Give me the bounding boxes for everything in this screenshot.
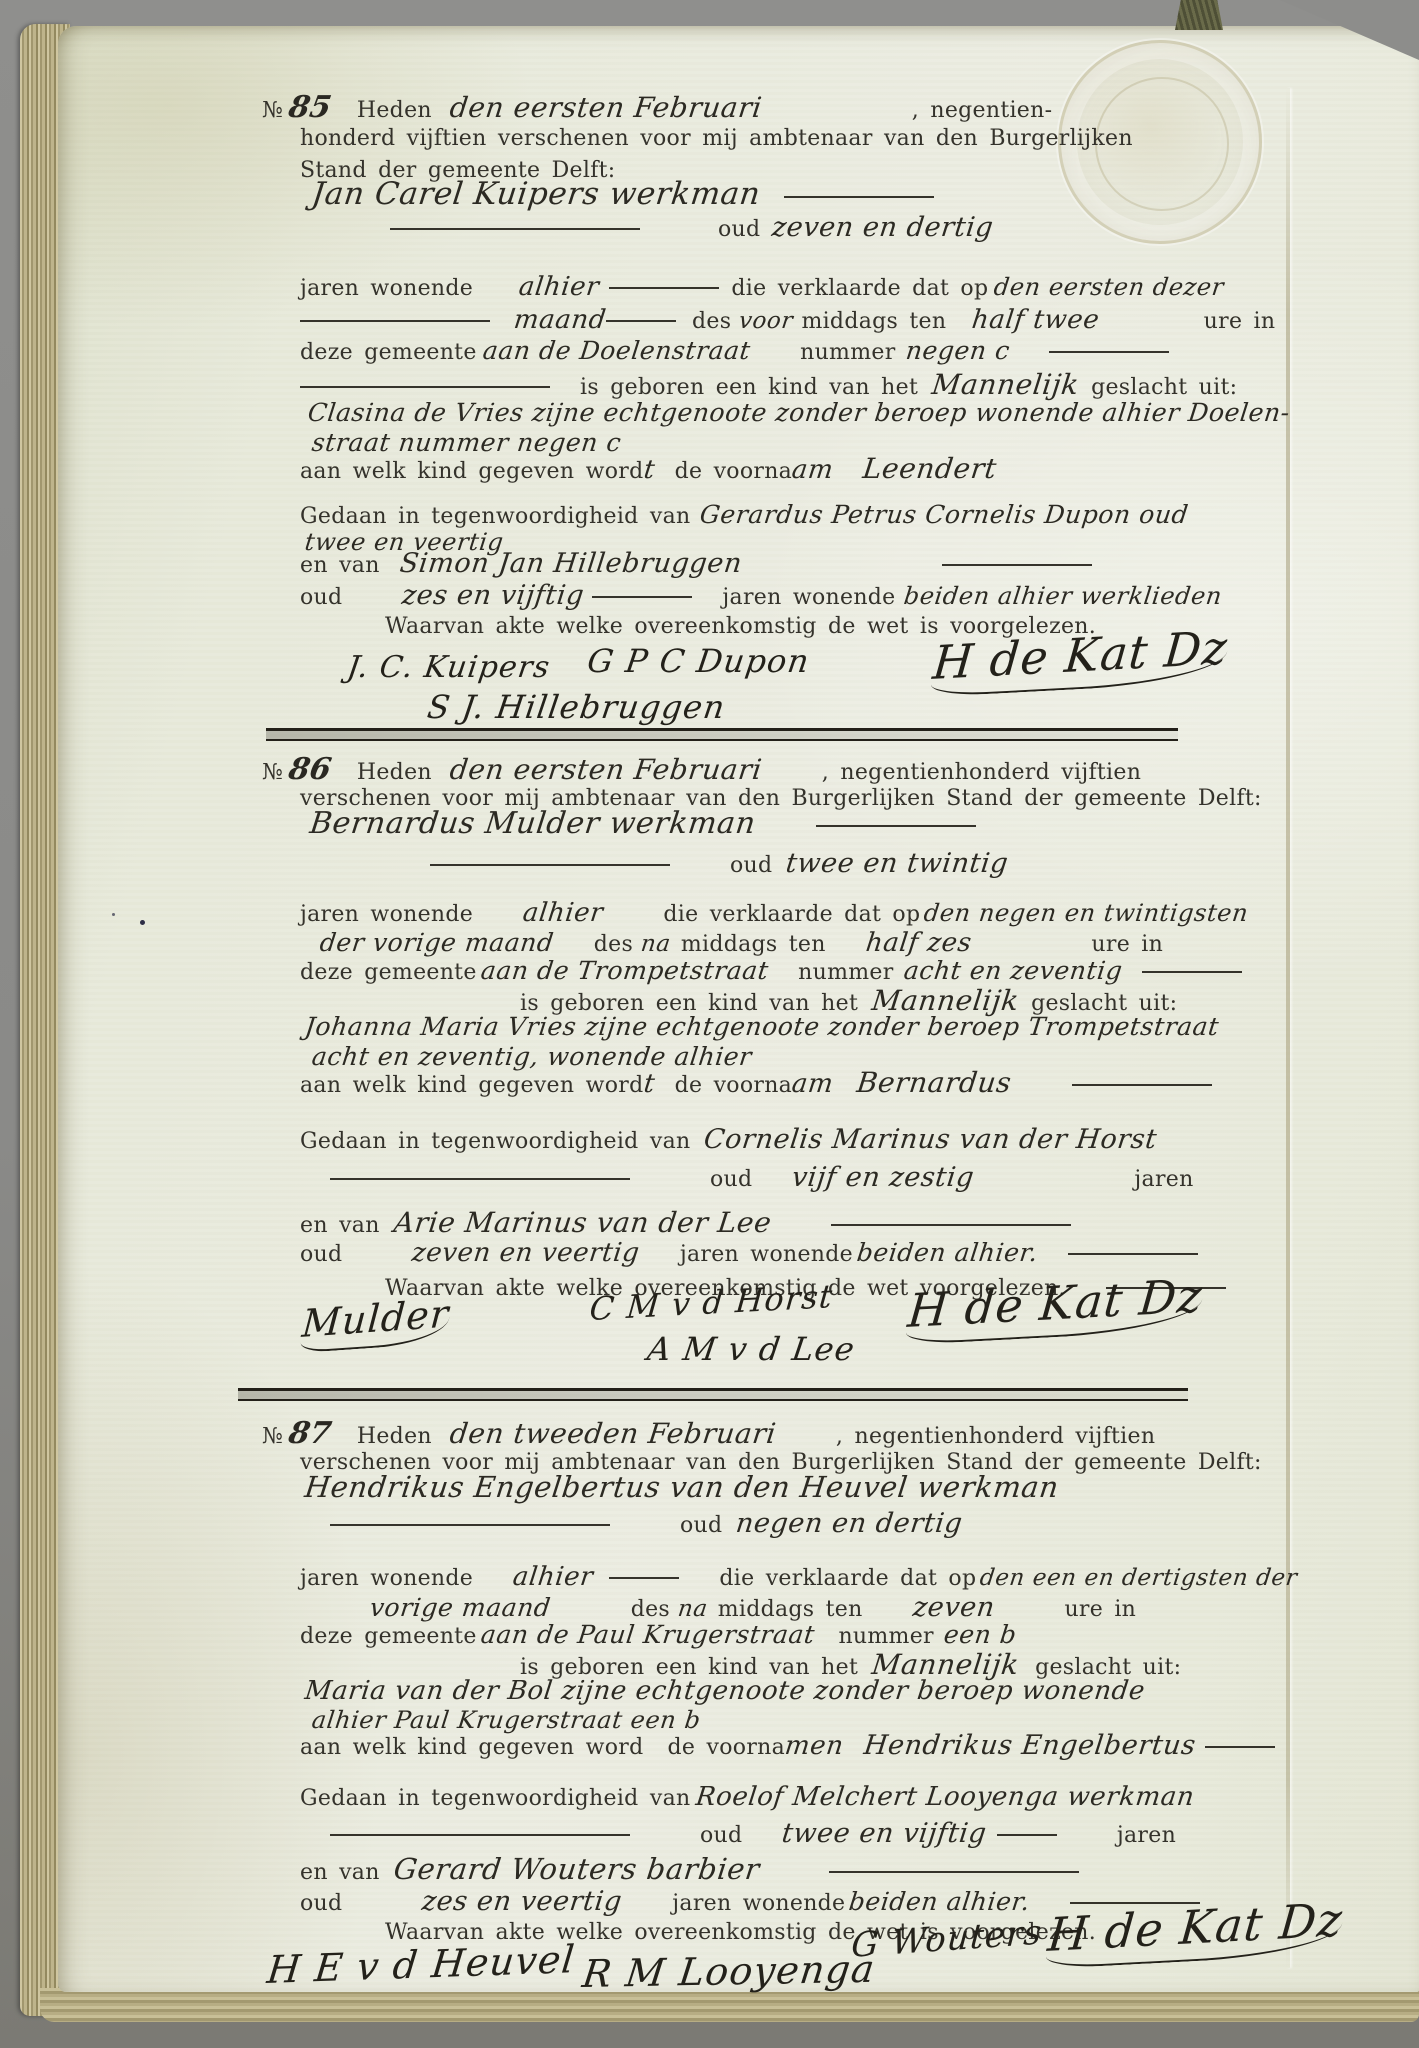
handwritten-text: Bernardus bbox=[855, 1066, 1013, 1099]
entry-87-line: oudnegen en dertig bbox=[330, 1508, 963, 1539]
printed-text: nummer bbox=[798, 960, 893, 985]
entry-85-line: Gedaan in tegenwoordigheid vanGerardus P… bbox=[300, 500, 1189, 529]
blank-rule bbox=[592, 596, 692, 598]
entry-86-line: Gedaan in tegenwoordigheid vanCornelis M… bbox=[300, 1124, 1157, 1155]
printed-text: die verklaarde dat op bbox=[663, 902, 920, 927]
printed-text: aan welk kind gegeven word bbox=[300, 459, 644, 484]
printed-text: № bbox=[262, 98, 283, 123]
blank-rule bbox=[829, 1871, 1079, 1873]
entry-86-line: Bernardus Mulder werkman bbox=[310, 806, 976, 841]
printed-text: en van bbox=[300, 553, 380, 578]
printed-text: middags ten bbox=[681, 932, 826, 957]
printed-text: , negentienhonderd vijftien bbox=[822, 760, 1141, 785]
blank-rule bbox=[1068, 1253, 1198, 1255]
entry-85-line: deze gemeenteaan de Doelenstraatnummerne… bbox=[300, 336, 1169, 365]
printed-text: Heden bbox=[357, 1424, 432, 1449]
entry-86-line: deze gemeenteaan de Trompetstraatnummera… bbox=[300, 956, 1242, 985]
handwritten-text: na bbox=[639, 931, 672, 957]
handwritten-text: der vorige maand bbox=[318, 928, 555, 957]
handwritten-text: half zes bbox=[864, 928, 973, 958]
blank-rule bbox=[784, 196, 934, 198]
handwritten-text: Gerardus Petrus Cornelis Dupon oud bbox=[699, 500, 1191, 529]
entry-87-line: №87Hedenden tweeden Februari, negentienh… bbox=[262, 1416, 1155, 1451]
entry-87-line: aan welk kind gegeven wordde voornamenHe… bbox=[300, 1730, 1275, 1761]
handwritten-text: den een en dertigsten der bbox=[979, 1565, 1300, 1591]
handwritten-text: na bbox=[676, 1596, 709, 1622]
entry-separator-rule bbox=[238, 1388, 1188, 1401]
printed-text: № bbox=[262, 1424, 283, 1449]
printed-text: des bbox=[594, 932, 633, 957]
handwritten-text: den tweeden Februari bbox=[448, 1417, 778, 1450]
blank-rule bbox=[430, 864, 670, 866]
handwritten-text: zeven en dertig bbox=[771, 212, 996, 243]
entry-86-line: der vorige maanddesnamiddags tenhalf zes… bbox=[320, 928, 1163, 958]
handwritten-text: Maria van der Bol zijne echtgenoote zond… bbox=[303, 1676, 1147, 1706]
ink-spot bbox=[112, 913, 115, 916]
blank-rule bbox=[1072, 1084, 1212, 1086]
printed-text: jaren wonende bbox=[300, 276, 473, 301]
entry-86-line: №86Hedenden eersten Februari, negentienh… bbox=[262, 752, 1141, 787]
handwritten-text: alhier bbox=[521, 898, 605, 928]
entry-separator-rule bbox=[266, 728, 1178, 741]
printed-text: geslacht uit: bbox=[1091, 375, 1237, 400]
entry-85-line: is geboren een kind van hetMannelijkgesl… bbox=[300, 368, 1237, 401]
entry-85-line: aan welk kind gegeven wordtde voornaamLe… bbox=[300, 452, 997, 485]
printed-text: oud bbox=[300, 1242, 342, 1267]
entry-number: 87 bbox=[286, 1416, 334, 1451]
printed-text: oud bbox=[300, 1891, 342, 1916]
blank-rule bbox=[942, 564, 1092, 566]
handwritten-text: zes en vijftig bbox=[401, 580, 587, 611]
handwritten-text: zeven en veertig bbox=[411, 1238, 642, 1268]
handwritten-text: zes en veertig bbox=[421, 1886, 625, 1917]
printed-text: Heden bbox=[357, 760, 432, 785]
entry-85-line: honderd vijftien verschenen voor mij amb… bbox=[300, 126, 1133, 151]
handwritten-text: zeven bbox=[911, 1592, 997, 1623]
handwritten-text: Jan Carel Kuipers werkman bbox=[310, 176, 763, 212]
handwritten-text: Hendrikus Engelbertus van den Heuvel wer… bbox=[303, 1470, 1061, 1504]
printed-text: de voorna bbox=[675, 1073, 793, 1098]
handwritten-text: am bbox=[790, 1069, 835, 1099]
printed-text: Gedaan in tegenwoordigheid van bbox=[300, 1786, 690, 1811]
printed-text: Gedaan in tegenwoordigheid van bbox=[300, 1129, 690, 1154]
handwritten-text: half twee bbox=[970, 305, 1101, 335]
handwritten-text: voor bbox=[738, 308, 795, 334]
printed-text: deze gemeente bbox=[300, 340, 477, 365]
printed-text: jaren wonende bbox=[680, 1242, 853, 1267]
entry-86-line: Johanna Maria Vries zijne echtgenoote zo… bbox=[305, 1012, 1219, 1041]
entry-87-line: vorige maanddesnamiddags tenzevenure in bbox=[370, 1592, 1136, 1623]
printed-text: nummer bbox=[800, 340, 895, 365]
handwritten-text: Johanna Maria Vries zijne echtgenoote zo… bbox=[303, 1012, 1221, 1041]
handwritten-text: vorige maand bbox=[368, 1593, 552, 1622]
entry-86-line: oudtwee en twintig bbox=[430, 848, 1009, 879]
handwritten-text: men bbox=[783, 1731, 845, 1761]
handwritten-text: den eersten Februari bbox=[448, 91, 764, 124]
printed-text: en van bbox=[300, 1860, 380, 1885]
blank-rule bbox=[816, 825, 976, 827]
entry-85-line: Jan Carel Kuipers werkman bbox=[312, 176, 934, 212]
entry-86-line: oudzeven en veertigjaren wonendebeiden a… bbox=[300, 1238, 1198, 1268]
printed-text: de voorna bbox=[668, 1735, 786, 1760]
handwritten-text: Gerard Wouters barbier bbox=[392, 1852, 762, 1886]
printed-text: oud bbox=[300, 585, 342, 610]
printed-text: ure in bbox=[1064, 1597, 1136, 1622]
blank-rule bbox=[1049, 351, 1169, 353]
printed-text: ure in bbox=[1091, 932, 1163, 957]
handwritten-text: beiden alhier werklieden bbox=[902, 582, 1224, 610]
handwritten-text: maand bbox=[512, 305, 608, 335]
handwritten-text: aan de Doelenstraat bbox=[481, 336, 752, 365]
handwritten-text: negen en dertig bbox=[735, 1508, 965, 1539]
handwritten-text: den negen en twintigsten bbox=[923, 899, 1251, 927]
handwritten-text: Simon Jan Hillebruggen bbox=[398, 548, 744, 579]
entry-85-line: en vanSimon Jan Hillebruggen bbox=[300, 548, 1092, 579]
handwritten-text: Arie Marinus van der Lee bbox=[392, 1206, 773, 1239]
handwritten-text: alhier bbox=[511, 1562, 595, 1592]
handwritten-text: aan de Trompetstraat bbox=[479, 956, 770, 985]
handwritten-text: beiden alhier. bbox=[855, 1238, 1040, 1267]
entry-87-line: deze gemeenteaan de Paul Krugerstraatnum… bbox=[300, 1620, 1017, 1649]
blank-rule bbox=[831, 1224, 1071, 1226]
entry-87-line: jaren wonendealhierdie verklaarde dat op… bbox=[300, 1562, 1298, 1592]
handwritten-text: twee en vijftig bbox=[781, 1818, 989, 1849]
printed-text: aan welk kind gegeven word bbox=[300, 1735, 644, 1760]
entry-87-line: Gedaan in tegenwoordigheid vanRoelof Mel… bbox=[300, 1782, 1195, 1812]
handwritten-text: Mannelijk bbox=[930, 368, 1081, 401]
binding-tassel bbox=[1175, 0, 1223, 30]
printed-text: de voorna bbox=[675, 459, 793, 484]
entry-85-line: maanddesvoormiddags tenhalf tweeure in bbox=[300, 305, 1275, 335]
printed-text: , negentienhonderd vijftien bbox=[836, 1424, 1155, 1449]
blank-rule bbox=[390, 228, 640, 230]
signature: R M Looyenga bbox=[580, 1947, 878, 1996]
blank-rule bbox=[606, 320, 676, 322]
printed-text: jaren wonende bbox=[300, 902, 473, 927]
signature: G P C Dupon bbox=[585, 642, 812, 680]
blank-rule bbox=[1142, 971, 1242, 973]
handwritten-text: den eersten dezer bbox=[993, 273, 1226, 301]
blank-rule bbox=[609, 287, 719, 289]
handwritten-text: Bernardus Mulder werkman bbox=[308, 806, 758, 841]
entry-86-line: oudvijf en zestigjaren bbox=[330, 1162, 1194, 1193]
handwritten-text: negen c bbox=[904, 336, 1012, 365]
entry-85-line: oudzeven en dertig bbox=[390, 212, 994, 243]
blank-rule bbox=[300, 320, 490, 322]
printed-text: nummer bbox=[838, 1624, 933, 1649]
blank-rule bbox=[330, 1834, 630, 1836]
blank-rule bbox=[609, 1577, 679, 1579]
handwritten-text: een b bbox=[942, 1620, 1018, 1649]
scanned-register-page: №85Hedenden eersten Februari, negentien-… bbox=[0, 0, 1419, 2048]
blank-rule bbox=[330, 1178, 630, 1180]
handwritten-text: Leendert bbox=[861, 452, 999, 485]
handwritten-text: beiden alhier. bbox=[848, 1887, 1033, 1916]
handwritten-text: vijf en zestig bbox=[791, 1162, 977, 1193]
entry-87-line: en vanGerard Wouters barbier bbox=[300, 1852, 1079, 1886]
printed-text: jaren bbox=[1117, 1823, 1176, 1848]
entry-87-line: oudtwee en vijftigjaren bbox=[330, 1818, 1176, 1849]
printed-text: jaren wonende bbox=[300, 1566, 473, 1591]
printed-text: honderd vijftien verschenen voor mij amb… bbox=[300, 126, 1133, 151]
printed-text: oud bbox=[700, 1823, 742, 1848]
printed-text: en van bbox=[300, 1213, 380, 1238]
printed-text: oud bbox=[730, 853, 772, 878]
printed-text: jaren wonende bbox=[722, 585, 895, 610]
signature: S J. Hillebruggen bbox=[425, 688, 728, 726]
entry-86-line: en vanArie Marinus van der Lee bbox=[300, 1206, 1071, 1239]
blank-rule bbox=[997, 1834, 1057, 1836]
printed-text: die verklaarde dat op bbox=[731, 276, 988, 301]
printed-text: deze gemeente bbox=[300, 960, 477, 985]
signature: J. C. Kuipers bbox=[345, 650, 553, 685]
handwritten-text: twee en twintig bbox=[785, 848, 1011, 879]
handwritten-text: acht en zeventig bbox=[902, 956, 1124, 985]
printed-text: deze gemeente bbox=[300, 1624, 477, 1649]
printed-text: oud bbox=[718, 217, 760, 242]
blank-rule bbox=[330, 1524, 610, 1526]
entry-85-line: Clasina de Vries zijne echtgenoote zonde… bbox=[308, 398, 1290, 427]
printed-text: des bbox=[692, 309, 731, 334]
entry-87-line: Maria van der Bol zijne echtgenoote zond… bbox=[305, 1676, 1145, 1706]
printed-text: Heden bbox=[357, 98, 432, 123]
printed-text: die verklaarde dat op bbox=[719, 1566, 976, 1591]
handwritten-text: am bbox=[790, 455, 835, 485]
entry-number: 86 bbox=[286, 752, 334, 787]
entry-number: 85 bbox=[286, 90, 334, 125]
handwritten-text: aan de Paul Krugerstraat bbox=[479, 1620, 816, 1649]
printed-text: ure in bbox=[1204, 309, 1276, 334]
entry-85-line: №85Hedenden eersten Februari, negentien- bbox=[262, 90, 1052, 125]
printed-text: jaren bbox=[1134, 1167, 1193, 1192]
entry-86-line: jaren wonendealhierdie verklaarde dat op… bbox=[300, 898, 1249, 928]
handwritten-text: Roelof Melchert Looyenga werkman bbox=[695, 1782, 1197, 1812]
printed-text: des bbox=[631, 1597, 670, 1622]
handwritten-text: Clasina de Vries zijne echtgenoote zonde… bbox=[306, 398, 1291, 427]
blank-rule bbox=[1205, 1746, 1275, 1748]
printed-text: middags ten bbox=[718, 1597, 863, 1622]
printed-text: , negentien- bbox=[912, 98, 1053, 123]
handwritten-text: den eersten Februari bbox=[448, 753, 764, 786]
ink-spot bbox=[140, 920, 145, 925]
entry-85-line: oudzes en vijftigjaren wonendebeiden alh… bbox=[300, 580, 1222, 611]
printed-text: Gedaan in tegenwoordigheid van bbox=[300, 504, 690, 529]
printed-text: oud bbox=[680, 1513, 722, 1538]
printed-text: jaren wonende bbox=[672, 1891, 845, 1916]
printed-text: middags ten bbox=[801, 309, 946, 334]
page-fold-crease bbox=[1286, 88, 1290, 1968]
entry-85-line: jaren wonendealhierdie verklaarde dat op… bbox=[300, 272, 1224, 302]
entry-86-line: aan welk kind gegeven wordtde voornaamBe… bbox=[300, 1066, 1212, 1099]
handwritten-text: alhier bbox=[517, 272, 601, 302]
handwritten-text: Cornelis Marinus van der Horst bbox=[703, 1124, 1160, 1155]
printed-text: is geboren een kind van het bbox=[580, 375, 918, 400]
signature: A M v d Lee bbox=[645, 1330, 858, 1368]
entry-87-line: Hendrikus Engelbertus van den Heuvel wer… bbox=[305, 1470, 1059, 1504]
blank-rule bbox=[300, 386, 550, 388]
printed-text: oud bbox=[710, 1167, 752, 1192]
printed-text: № bbox=[262, 760, 283, 785]
printed-text: aan welk kind gegeven word bbox=[300, 1073, 644, 1098]
handwritten-text: Hendrikus Engelbertus bbox=[862, 1730, 1198, 1761]
